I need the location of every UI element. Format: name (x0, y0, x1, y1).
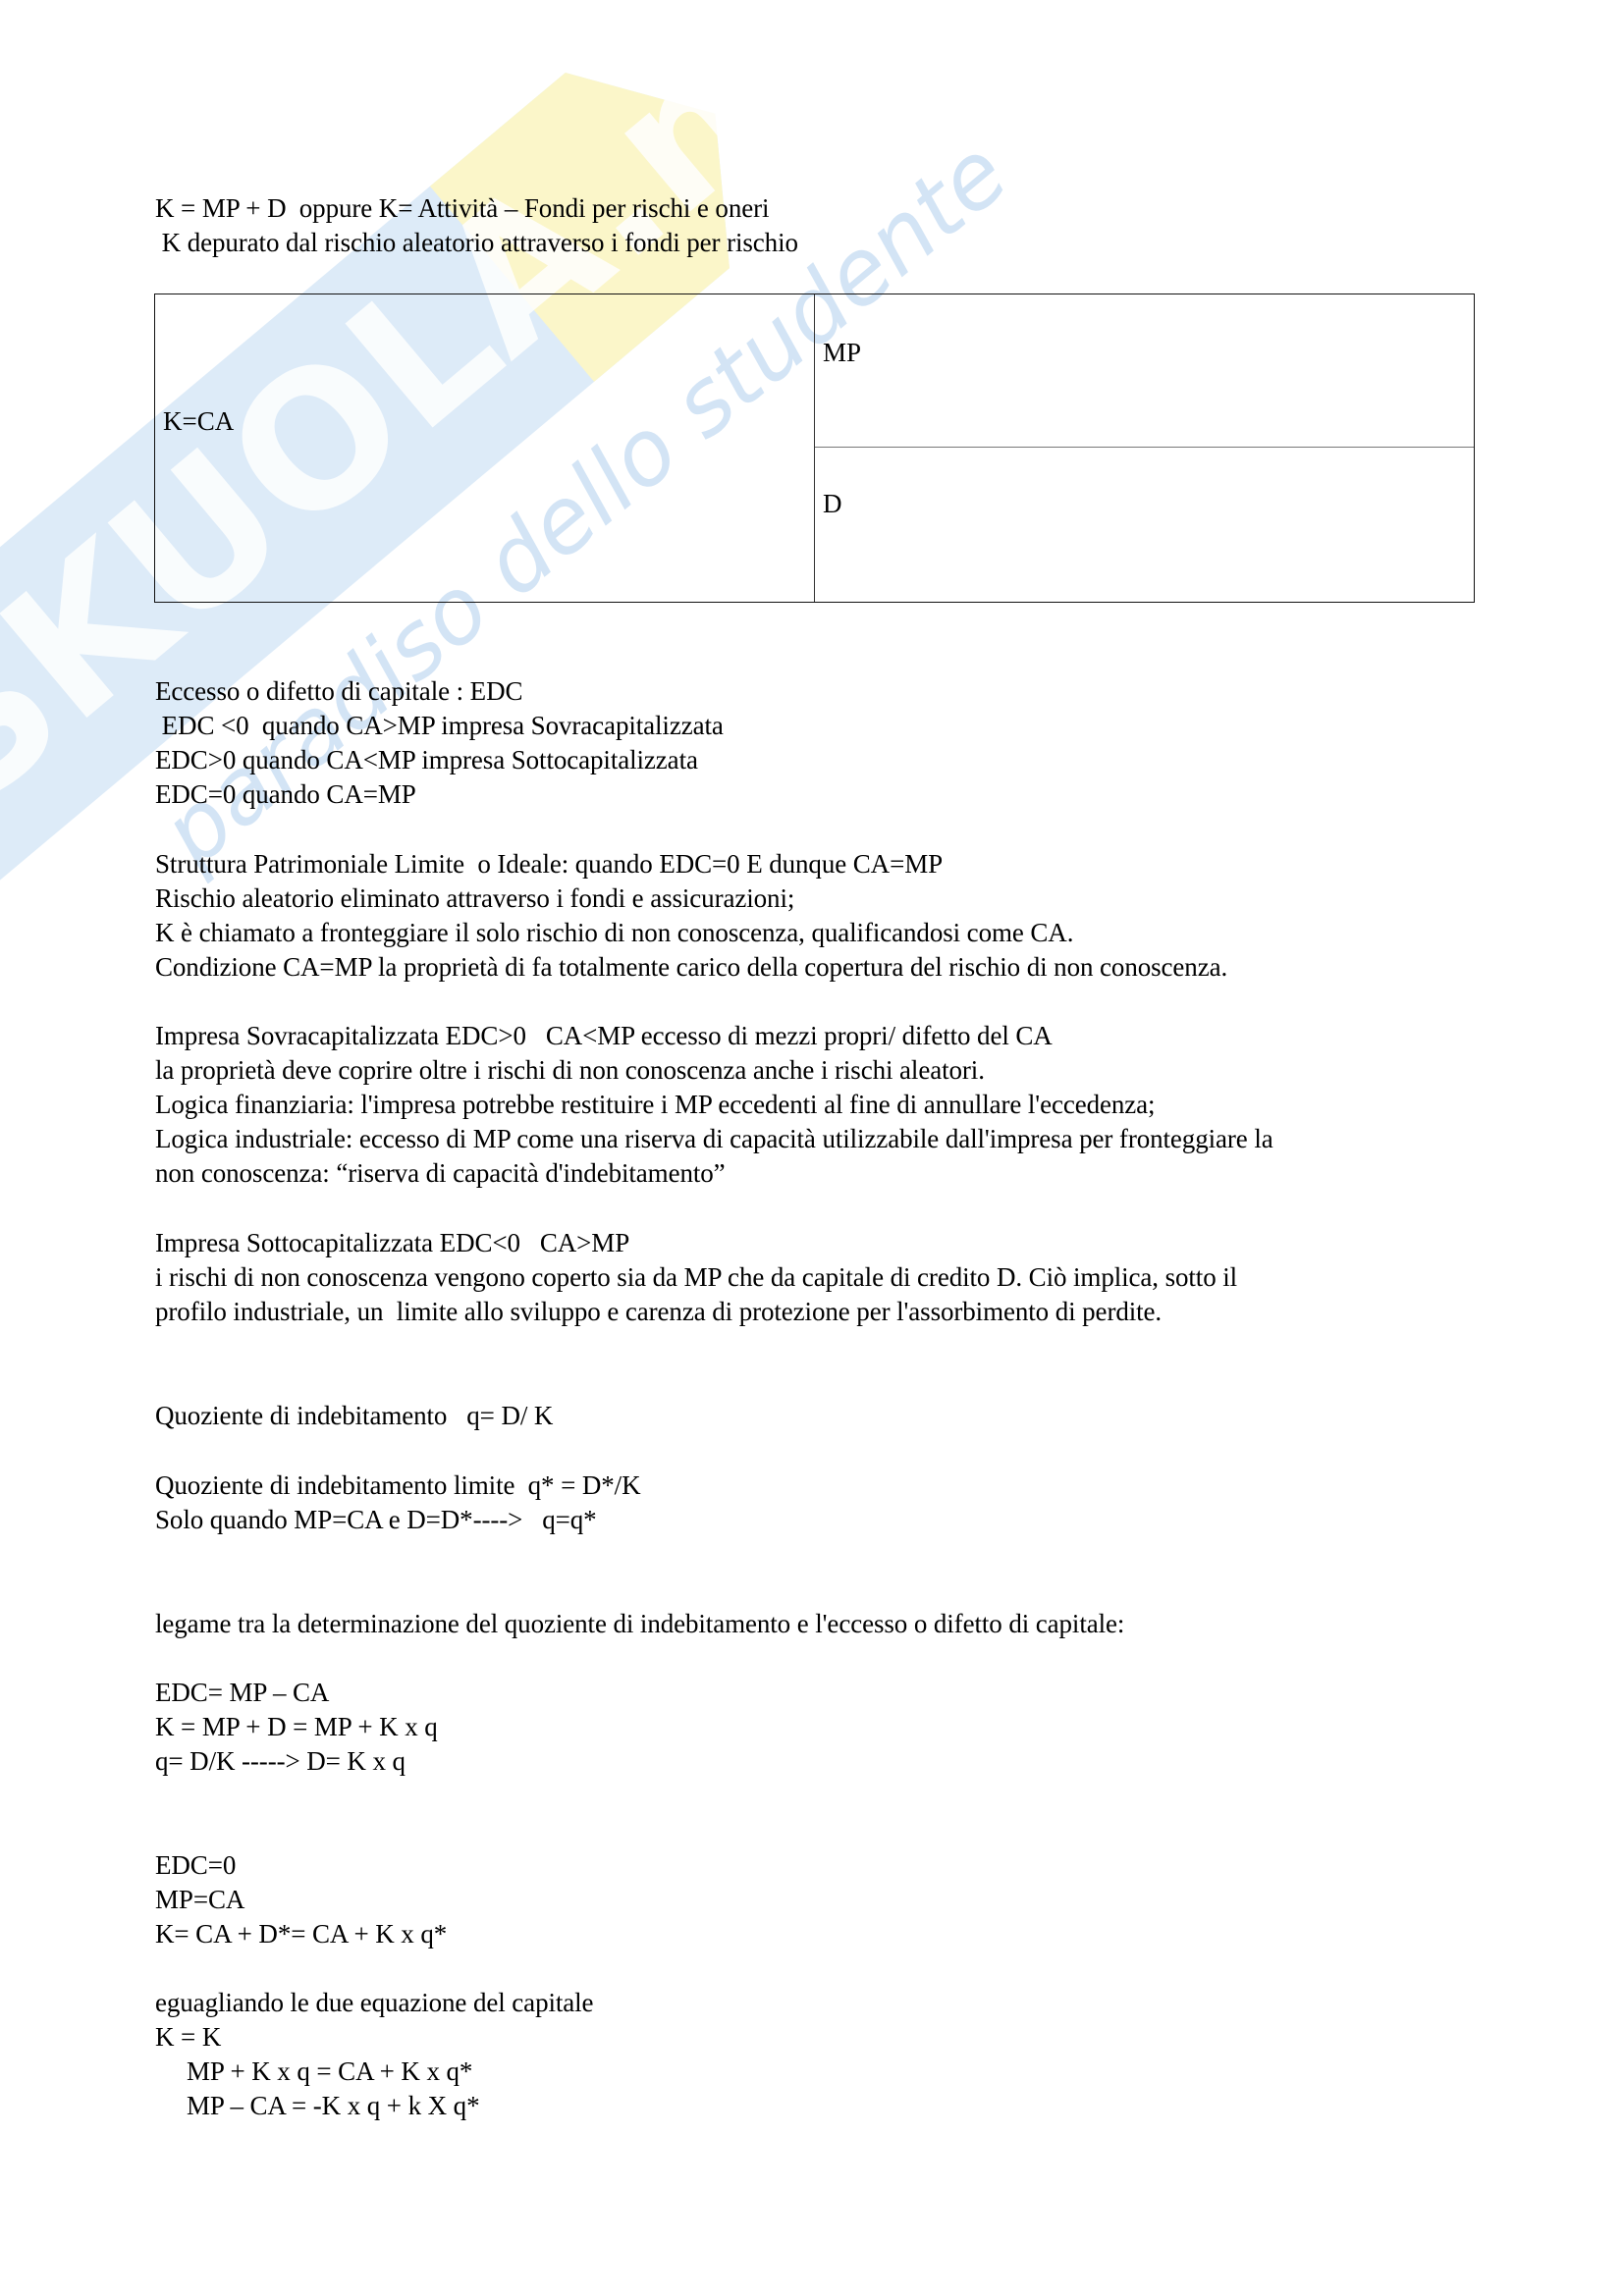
cell-label-mp: MP (823, 336, 861, 370)
overcapitalized-line: Logica industriale: eccesso di MP come u… (155, 1122, 1273, 1156)
intro-note: K depurato dal rischio aleatorio attrave… (155, 226, 798, 260)
cell-label-k-ca: K=CA (163, 404, 234, 439)
undercapitalized-line: i rischi di non conoscenza vengono coper… (155, 1260, 1237, 1295)
debt-ratio-condition: Solo quando MP=CA e D=D*----> q=q* (155, 1503, 597, 1537)
equilibrium-line: EDC=0 (155, 1848, 236, 1883)
equilibrium-line: MP=CA (155, 1883, 244, 1917)
ideal-structure-line: Rischio aleatorio eliminato attraverso i… (155, 881, 794, 916)
ideal-structure-line: K è chiamato a fronteggiare il solo risc… (155, 916, 1073, 950)
overcapitalized-heading: Impresa Sovracapitalizzata EDC>0 CA<MP e… (155, 1019, 1053, 1053)
table-cell-debt: D (815, 448, 1474, 602)
equating-k-equals-k: K = K (155, 2020, 221, 2055)
ideal-structure-line: Condizione CA=MP la proprietà di fa tota… (155, 950, 1227, 985)
link-equation: q= D/K -----> D= K x q (155, 1744, 406, 1779)
debt-ratio-q-star: Quoziente di indebitamento limite q* = D… (155, 1468, 640, 1503)
edc-positive: EDC>0 quando CA<MP impresa Sottocapitali… (155, 743, 698, 777)
undercapitalized-heading: Impresa Sottocapitalizzata EDC<0 CA>MP (155, 1226, 629, 1260)
overcapitalized-line: Logica finanziaria: l'impresa potrebbe r… (155, 1088, 1155, 1122)
edc-negative: EDC <0 quando CA>MP impresa Sovracapital… (155, 709, 724, 743)
overcapitalized-line: la proprietà deve coprire oltre i rischi… (155, 1053, 985, 1088)
edc-heading: Eccesso o difetto di capitale : EDC (155, 674, 522, 709)
cell-label-d: D (823, 487, 842, 521)
undercapitalized-line: profilo industriale, un limite allo svil… (155, 1295, 1162, 1329)
ideal-structure-heading: Struttura Patrimoniale Limite o Ideale: … (155, 847, 943, 881)
link-equation: EDC= MP – CA (155, 1676, 329, 1710)
document-page: K = MP + D oppure K= Attività – Fondi pe… (0, 0, 1623, 2296)
edc-zero: EDC=0 quando CA=MP (155, 777, 416, 812)
debt-ratio-q: Quoziente di indebitamento q= D/ K (155, 1399, 553, 1433)
equating-heading: eguagliando le due equazione del capital… (155, 1986, 593, 2020)
link-equation: K = MP + D = MP + K x q (155, 1710, 438, 1744)
link-heading: legame tra la determinazione del quozien… (155, 1607, 1124, 1641)
table-cell-capital: K=CA (155, 294, 815, 602)
balance-sheet-table: K=CA MP D (154, 294, 1475, 603)
equating-step: MP + K x q = CA + K x q* (187, 2055, 472, 2089)
intro-formula: K = MP + D oppure K= Attività – Fondi pe… (155, 191, 769, 226)
equilibrium-line: K= CA + D*= CA + K x q* (155, 1917, 447, 1951)
table-cell-equity: MP (815, 294, 1474, 448)
overcapitalized-line: non conoscenza: “riserva di capacità d'i… (155, 1156, 726, 1191)
equating-step: MP – CA = -K x q + k X q* (187, 2089, 479, 2123)
